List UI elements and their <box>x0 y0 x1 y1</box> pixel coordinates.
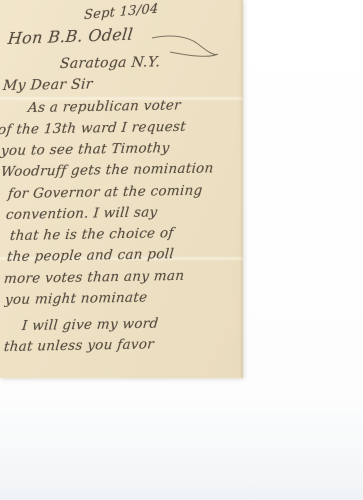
letter-salutation: My Dear Sir <box>2 76 93 94</box>
letter-body-line: that unless you favor <box>3 336 154 355</box>
letter-body-line: the people and can poll <box>6 246 174 265</box>
letter-body-line: more votes than any man <box>3 268 185 287</box>
letter-place: Saratoga N.Y. <box>59 54 161 72</box>
letter-body-line: As a republican voter <box>27 97 181 116</box>
letter-body-line: you to see that Timothy <box>0 140 170 159</box>
letter-date: Sept 13/04 <box>84 1 159 23</box>
letter-body-line: convention. I will say <box>5 204 158 223</box>
letter-body-line: Woodruff gets the nomination <box>0 160 214 180</box>
letter-body-line: that he is the choice of <box>9 225 174 244</box>
letter-body-line: I will give my word <box>21 316 159 334</box>
scanned-letter-page: { "document_type": "handwritten-letter-s… <box>0 0 363 500</box>
letter-addressee: Hon B.B. Odell <box>7 25 134 48</box>
letter-body-line: of the 13th ward I request <box>0 119 187 138</box>
letter-paper: Sept 13/04 Hon B.B. Odell Saratoga N.Y. … <box>0 0 243 378</box>
letter-body-line: you might nominate <box>4 290 148 309</box>
letter-body-line: for Governor at the coming <box>7 183 203 202</box>
